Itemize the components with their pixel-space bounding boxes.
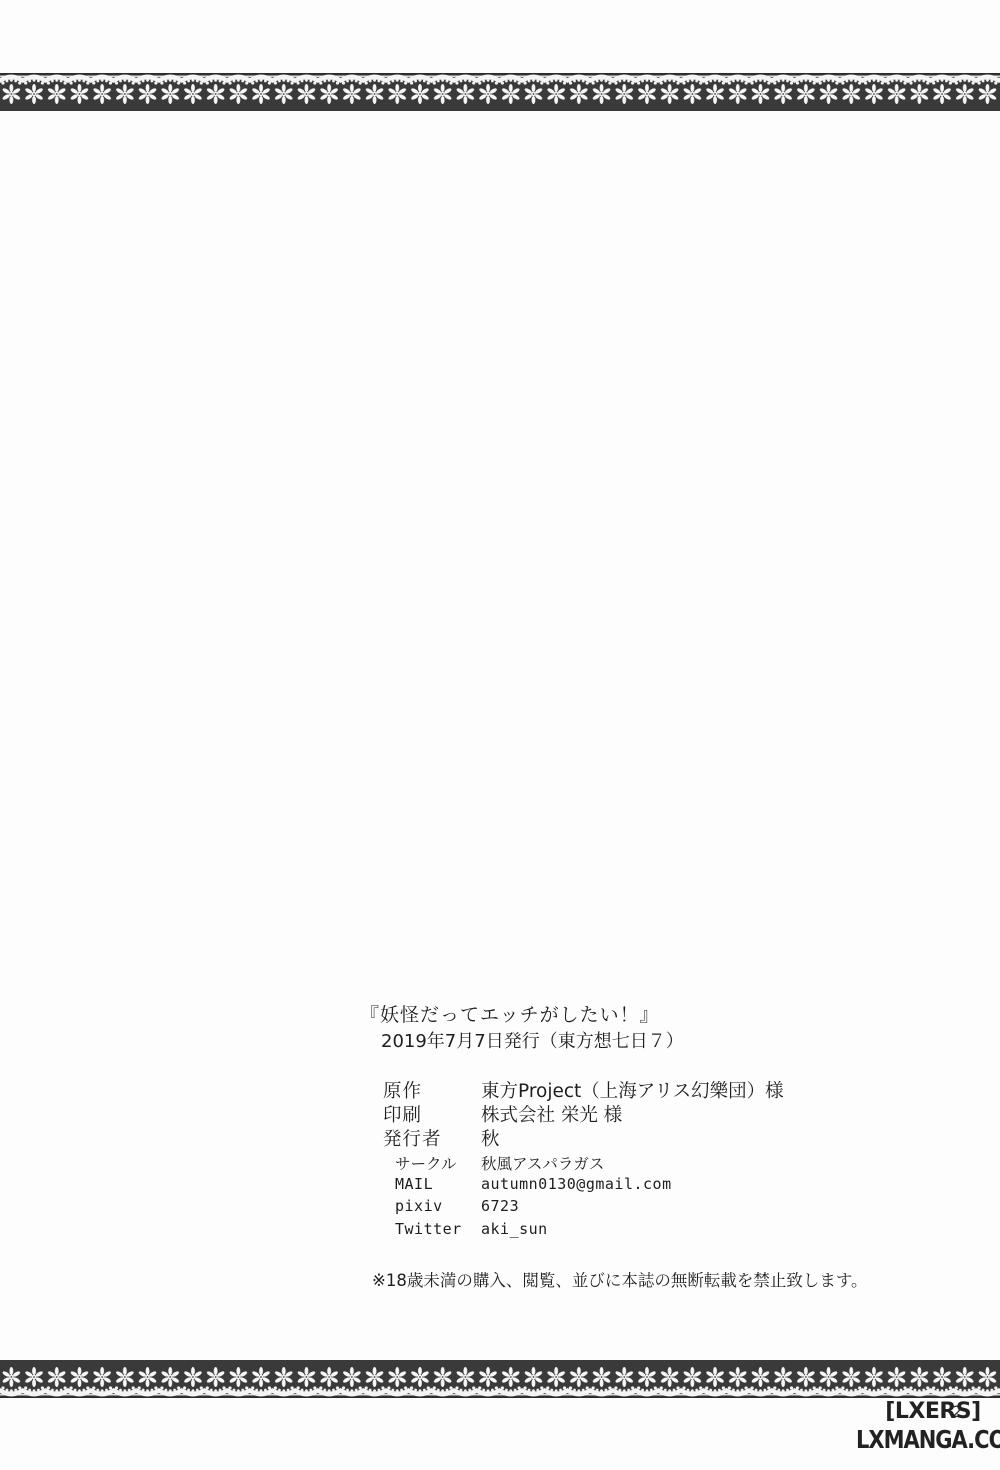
colophon: 『妖怪だってエッチがしたい！』 2019年7月7日発行（東方想七日７） 原作 東… — [0, 0, 1000, 1470]
contact-label: Twitter — [395, 1220, 462, 1238]
contact-label: サークル — [395, 1152, 457, 1174]
site-watermark: [LXERS] LXMANGA.COM — [866, 1400, 1000, 1450]
credit-value: 秋 — [481, 1125, 500, 1151]
watermark-tag: [LXERS] — [885, 1400, 980, 1424]
book-title: 『妖怪だってエッチがしたい！』 — [360, 1000, 660, 1027]
credit-label: 原作 — [383, 1077, 422, 1103]
age-restriction-notice: ※18歳未満の購入、閲覧、並びに本誌の無断転載を禁止致します。 — [372, 1267, 868, 1291]
contact-value: 秋風アスパラガス — [481, 1152, 604, 1174]
credit-value: 株式会社 栄光 様 — [481, 1101, 622, 1127]
contact-label: MAIL — [395, 1175, 433, 1193]
credit-value: 東方Project（上海アリス幻樂団）様 — [481, 1077, 784, 1103]
contact-label: pixiv — [395, 1197, 443, 1215]
watermark-site: LXMANGA.COM — [856, 1424, 1000, 1455]
publication-date: 2019年7月7日発行（東方想七日７） — [381, 1027, 684, 1053]
contact-value: aki_sun — [481, 1220, 548, 1238]
credit-label: 印刷 — [383, 1101, 422, 1127]
contact-value: 6723 — [481, 1197, 519, 1215]
contact-value[interactable]: autumn0130@gmail.com — [481, 1175, 672, 1193]
credit-label: 発行者 — [383, 1125, 442, 1151]
